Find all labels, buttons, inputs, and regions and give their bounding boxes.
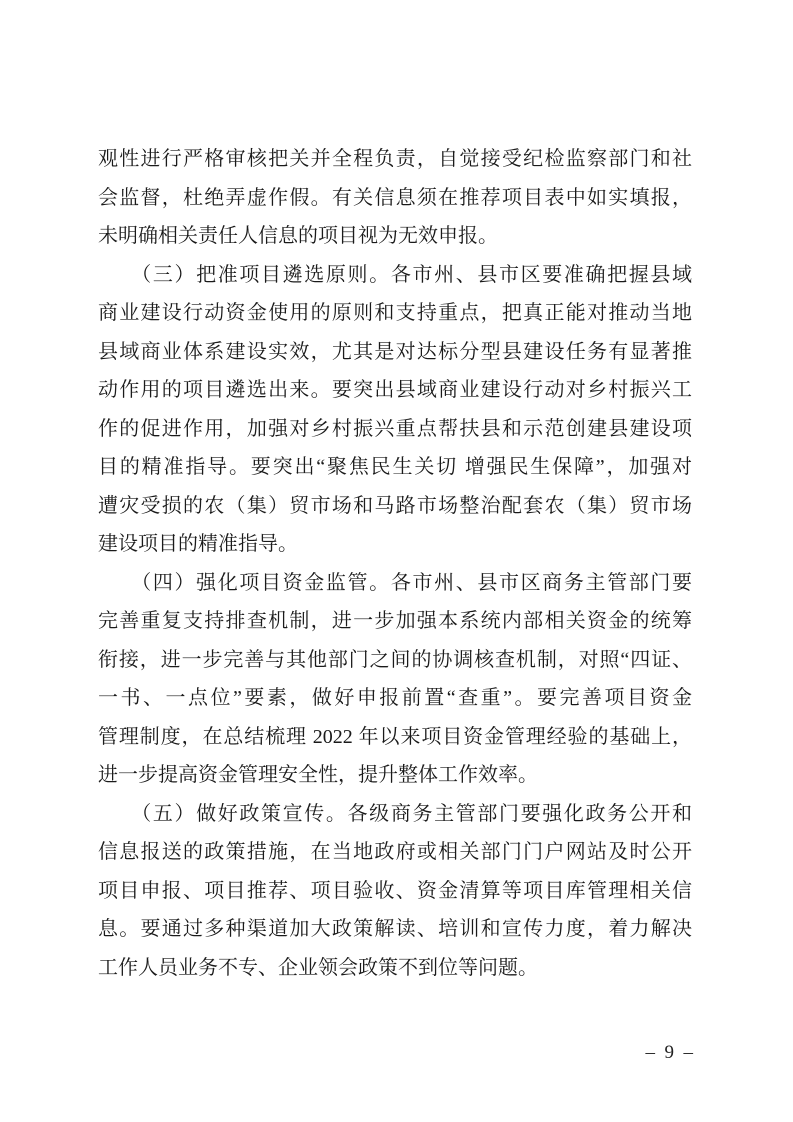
text-line: 遭灾受损的农（集）贸市场和马路市场整治配套农（集）贸市场 [98,487,692,526]
text-line: 衔接，进一步完善与其他部门之间的协调核查机制，对照“四证、 [98,641,692,680]
paragraph-continuation: 观性进行严格审核把关并全程负责，自觉接受纪检监察部门和社会监督，杜绝弄虚作假。有… [98,140,692,256]
text-line: 项目申报、项目推荐、项目验收、资金清算等项目库管理相关信 [98,872,692,911]
paragraph-item-3: （三）把准项目遴选原则。各市州、县市区要准确把握县域商业建设行动资金使用的原则和… [98,256,692,564]
text-line: 动作用的项目遴选出来。要突出县域商业建设行动对乡村振兴工 [98,371,692,410]
text-line: （三）把准项目遴选原则。各市州、县市区要准确把握县域 [98,256,692,295]
text-line: 管理制度，在总结梳理 2022 年以来项目资金管理经验的基础上， [98,718,692,757]
text-line: 信息报送的政策措施，在当地政府或相关部门门户网站及时公开 [98,833,692,872]
text-line: 县域商业体系建设实效，尤其是对达标分型县建设任务有显著推 [98,333,692,372]
text-line: 未明确相关责任人信息的项目视为无效申报。 [98,217,692,256]
document-body: 观性进行严格审核把关并全程负责，自觉接受纪检监察部门和社会监督，杜绝弄虚作假。有… [98,140,692,987]
text-line: 一书、一点位”要素，做好申报前置“查重”。要完善项目资金 [98,679,692,718]
text-line: 商业建设行动资金使用的原则和支持重点，把真正能对推动当地 [98,294,692,333]
text-line: 完善重复支持排查机制，进一步加强本系统内部相关资金的统筹 [98,602,692,641]
paragraph-item-4: （四）强化项目资金监管。各市州、县市区商务主管部门要完善重复支持排查机制，进一步… [98,564,692,795]
page-number: – 9 – [646,1041,694,1065]
text-line: 息。要通过多种渠道加大政策解读、培训和宣传力度，着力解决 [98,910,692,949]
document-page: 观性进行严格审核把关并全程负责，自觉接受纪检监察部门和社会监督，杜绝弄虚作假。有… [0,0,793,1122]
text-line: 目的精准指导。要突出“聚焦民生关切 增强民生保障”，加强对 [98,448,692,487]
text-line: （五）做好政策宣传。各级商务主管部门要强化政务公开和 [98,795,692,834]
text-line: 进一步提高资金管理安全性，提升整体工作效率。 [98,756,692,795]
text-line: 建设项目的精准指导。 [98,525,692,564]
paragraph-item-5: （五）做好政策宣传。各级商务主管部门要强化政务公开和信息报送的政策措施，在当地政… [98,795,692,988]
text-line: 工作人员业务不专、企业领会政策不到位等问题。 [98,949,692,988]
text-line: 观性进行严格审核把关并全程负责，自觉接受纪检监察部门和社 [98,140,692,179]
text-line: 作的促进作用，加强对乡村振兴重点帮扶县和示范创建县建设项 [98,410,692,449]
text-line: 会监督，杜绝弄虚作假。有关信息须在推荐项目表中如实填报， [98,179,692,218]
text-line: （四）强化项目资金监管。各市州、县市区商务主管部门要 [98,564,692,603]
